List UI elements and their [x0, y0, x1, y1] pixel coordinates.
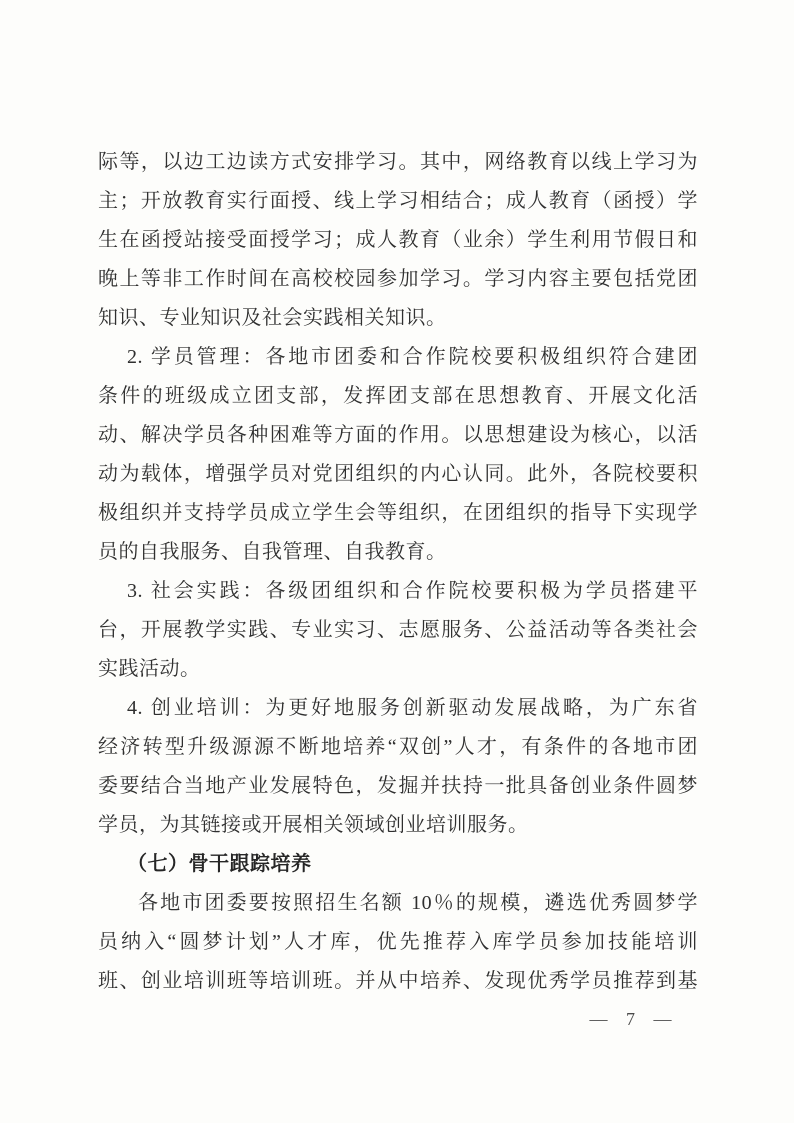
text-line: 条件的班级成立团支部，发挥团支部在思想教育、开展文化活: [98, 377, 698, 416]
text-line: 动为载体，增强学员对党团组织的内心认同。此外，各院校要积: [98, 455, 698, 494]
text-line: 员的自我服务、自我管理、自我教育。: [98, 533, 698, 572]
text-line: 台，开展教学实践、专业实习、志愿服务、公益活动等各类社会: [98, 611, 698, 650]
document-page: 际等，以边工边读方式安排学习。其中，网络教育以线上学习为主；开放教育实行面授、线…: [0, 0, 794, 1123]
text-line: 知识、专业知识及社会实践相关知识。: [98, 299, 698, 338]
text-line: 极组织并支持学员成立学生会等组织，在团组织的指导下实现学: [98, 494, 698, 533]
text-line: 经济转型升级源源不断地培养“双创”人才，有条件的各地市团: [98, 728, 698, 767]
text-line: 动、解决学员各种困难等方面的作用。以思想建设为核心，以活: [98, 416, 698, 455]
paragraph-4-entrepreneurship-training: 4. 创业培训：为更好地服务创新驱动发展战略，为广东省经济转型升级源源不断地培养…: [98, 689, 698, 845]
page-number: — 7 —: [590, 1009, 679, 1029]
paragraph-backbone-talent-pool: 各地市团委要按照招生名额 10％的规模，遴选优秀圆梦学员纳入“圆梦计划”人才库，…: [98, 884, 698, 1001]
text-line: 员纳入“圆梦计划”人才库，优先推荐入库学员参加技能培训: [98, 923, 698, 962]
heading-section-seven-backbone-tracking: （七）骨干跟踪培养: [98, 845, 698, 884]
text-line: 2. 学员管理：各地市团委和合作院校要积极组织符合建团: [98, 338, 698, 377]
paragraph-study-arrangement-continued: 际等，以边工边读方式安排学习。其中，网络教育以线上学习为主；开放教育实行面授、线…: [98, 143, 698, 338]
document-body: 际等，以边工边读方式安排学习。其中，网络教育以线上学习为主；开放教育实行面授、线…: [98, 143, 698, 1001]
paragraph-2-student-management: 2. 学员管理：各地市团委和合作院校要积极组织符合建团条件的班级成立团支部，发挥…: [98, 338, 698, 572]
text-line: 各地市团委要按照招生名额 10％的规模，遴选优秀圆梦学: [98, 884, 698, 923]
text-line: 主；开放教育实行面授、线上学习相结合；成人教育（函授）学: [98, 182, 698, 221]
text-line: 班、创业培训班等培训班。并从中培养、发现优秀学员推荐到基: [98, 962, 698, 1001]
paragraph-3-social-practice: 3. 社会实践：各级团组织和合作院校要积极为学员搭建平台，开展教学实践、专业实习…: [98, 572, 698, 689]
page-footer: — 7 —: [574, 1006, 694, 1032]
text-line: 实践活动。: [98, 650, 698, 689]
text-line: 学员，为其链接或开展相关领域创业培训服务。: [98, 806, 698, 845]
text-line: 生在函授站接受面授学习；成人教育（业余）学生利用节假日和: [98, 221, 698, 260]
text-line: （七）骨干跟踪培养: [98, 845, 698, 884]
text-line: 3. 社会实践：各级团组织和合作院校要积极为学员搭建平: [98, 572, 698, 611]
text-line: 4. 创业培训：为更好地服务创新驱动发展战略，为广东省: [98, 689, 698, 728]
text-line: 委要结合当地产业发展特色，发掘并扶持一批具备创业条件圆梦: [98, 767, 698, 806]
text-line: 际等，以边工边读方式安排学习。其中，网络教育以线上学习为: [98, 143, 698, 182]
text-line: 晚上等非工作时间在高校校园参加学习。学习内容主要包括党团: [98, 260, 698, 299]
